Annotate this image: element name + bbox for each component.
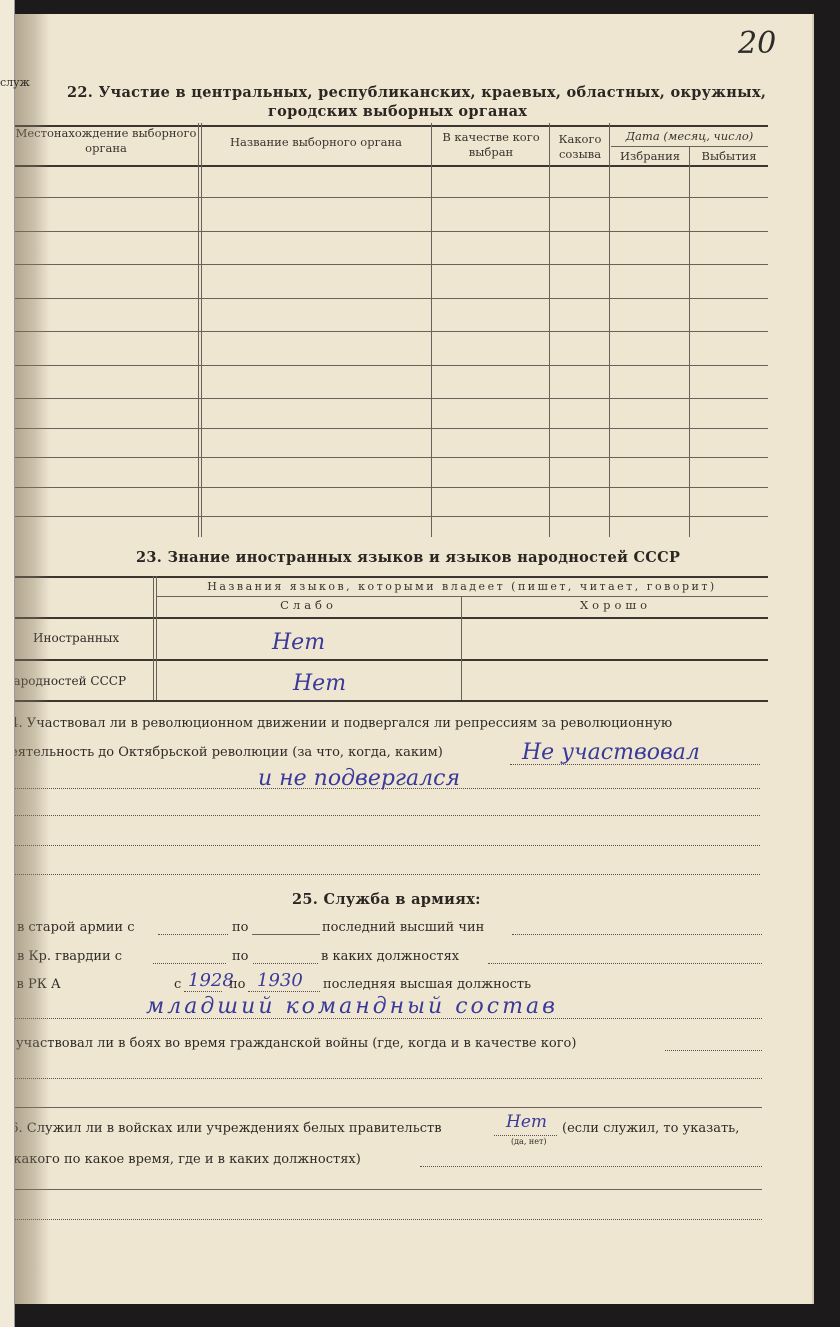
table22-header-rule <box>14 165 768 167</box>
rka-from-field <box>184 991 222 992</box>
col-weak-header: Слабо <box>156 598 461 613</box>
army-old-to-label: по <box>232 920 249 935</box>
table-row[interactable] <box>14 428 768 429</box>
col-name-header: Название выборного органа <box>202 135 430 150</box>
table-row[interactable] <box>14 398 768 399</box>
answer-line[interactable] <box>0 874 760 875</box>
civil-war-field[interactable] <box>0 1078 762 1079</box>
white-army-field <box>494 1135 557 1136</box>
white-army-details-field[interactable] <box>0 1219 762 1220</box>
table23-row-rule <box>14 659 768 661</box>
col-divider <box>549 123 550 537</box>
answer-hint: (да, нет) <box>511 1137 547 1146</box>
page-number: 20 <box>738 26 776 61</box>
col-left-date-header: Выбытия <box>690 149 768 164</box>
rka-from-label: с <box>174 977 181 992</box>
army-old-to-field[interactable] <box>252 934 320 935</box>
table-row[interactable] <box>14 516 768 517</box>
col-divider <box>461 596 462 700</box>
section24-answer-line2[interactable]: и не подвергался <box>258 766 460 791</box>
white-army-answer[interactable]: Нет <box>506 1112 547 1132</box>
white-army-details-field[interactable] <box>420 1166 762 1167</box>
col-good-header: Хорошо <box>463 598 768 613</box>
col-divider <box>689 146 690 537</box>
section24-question-line2: деятельность до Октябрьской революции (з… <box>2 745 443 760</box>
rka-to-field <box>248 991 320 992</box>
col-date-header: Дата (месяц, число) <box>611 129 768 144</box>
col-divider <box>198 123 202 537</box>
red-guard-positions-field[interactable] <box>488 963 762 964</box>
white-army-details-field[interactable] <box>0 1189 762 1190</box>
section26-question-line2: с какого по какое время, где и в каких д… <box>2 1152 361 1167</box>
section22-title-line2: городских выборных органах <box>268 103 527 120</box>
table-row[interactable] <box>14 197 768 198</box>
binding-shadow <box>12 14 50 1304</box>
table-row[interactable] <box>14 231 768 232</box>
section26-question-part1: 26. Служил ли в войсках или учреждениях … <box>2 1121 442 1136</box>
section24-answer-line1[interactable]: Не участвовал <box>522 740 700 765</box>
col-divider <box>609 123 610 537</box>
army-old-from-field[interactable] <box>158 934 228 935</box>
col-convocation-header: Какого созыва <box>552 132 608 162</box>
army-old-rank-label: последний высший чин <box>322 920 484 935</box>
margin-fragment: служ <box>0 76 30 89</box>
rka-position-value[interactable]: младший командный состав <box>146 994 558 1019</box>
section24-question-line1: 24. Участвовал ли в революционном движен… <box>2 716 672 731</box>
red-guard-to-label: по <box>232 949 249 964</box>
answer-line[interactable] <box>0 815 760 816</box>
ussr-weak-value[interactable]: Нет <box>293 671 346 696</box>
languages-header: Названия языков, которыми владеет (пишет… <box>156 579 768 594</box>
table23-bottom-rule <box>14 700 768 702</box>
col-elected-as-header: В качестве кого выбран <box>434 130 548 160</box>
table23-top-rule <box>14 576 768 578</box>
army-old-rank-field[interactable] <box>512 934 762 935</box>
red-guard-positions-label: в каких должностях <box>321 949 459 964</box>
table23-header-rule <box>14 617 768 619</box>
table-row[interactable] <box>14 331 768 332</box>
col-divider <box>431 123 432 537</box>
rka-to-label: по <box>229 977 246 992</box>
table-row[interactable] <box>14 298 768 299</box>
section23-title: 23. Знание иностранных языков и языков н… <box>136 549 680 566</box>
table-row[interactable] <box>14 487 768 488</box>
table-row[interactable] <box>14 365 768 366</box>
col-divider <box>153 576 157 700</box>
col-elected-date-header: Избрания <box>611 149 689 164</box>
previous-page-edge <box>0 0 15 1327</box>
table23-subheader-rule <box>156 596 768 597</box>
rka-position-label: последняя высшая должность <box>323 977 531 992</box>
civil-war-field[interactable] <box>0 1107 762 1108</box>
foreign-weak-value[interactable]: Нет <box>272 630 325 655</box>
section26-question-part2: (если служил, то указать, <box>562 1121 739 1136</box>
rka-to-value[interactable]: 1930 <box>257 970 303 991</box>
rka-from-value[interactable]: 1928 <box>188 970 234 991</box>
answer-line[interactable] <box>0 845 760 846</box>
civil-war-field[interactable] <box>665 1050 762 1051</box>
table-row[interactable] <box>14 264 768 265</box>
section25-title: 25. Служба в армиях: <box>292 891 481 908</box>
table-row[interactable] <box>14 457 768 458</box>
red-guard-to-field[interactable] <box>253 963 318 964</box>
red-guard-from-field[interactable] <box>153 963 226 964</box>
civil-war-label: г) участвовал ли в боях во время граждан… <box>0 1036 576 1051</box>
section22-title-line1: 22. Участие в центральных, республиканск… <box>67 84 766 101</box>
